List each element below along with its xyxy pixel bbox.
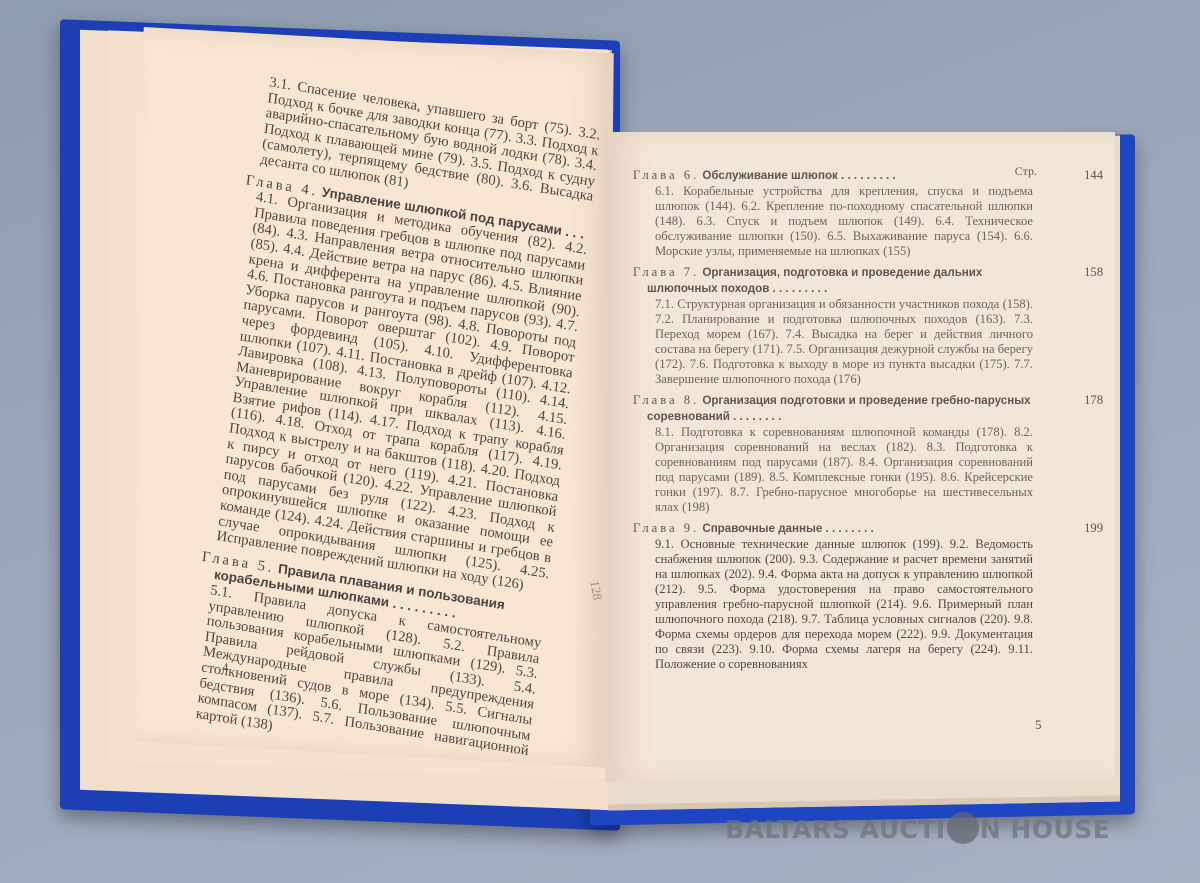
chapter-page: 158 [1098,265,1103,280]
chapter-page: 144 [1098,168,1103,183]
chapter-title: Организация подготовки и проведение греб… [647,395,1031,423]
left-page-toc: 3.1. Спасение человека, упавшего за борт… [183,73,601,767]
toc-chapter-8: 178 Глава 8. Организация подготовки и пр… [633,393,1033,425]
toc-chapter-9: 199 Глава 9. Справочные данные . . . . .… [633,521,1033,537]
toc-sub-entries: 4.1. Организация и методика обучения (82… [204,188,588,598]
toc-sub-entries: 9.1. Основные технические данные шлюпок … [633,537,1033,672]
watermark-text-part1: BALTARS AUCTI [725,815,946,844]
chapter-label: Глава 8. [633,393,699,407]
chapter-title: Справочные данные . . . . . . . . [702,523,873,535]
toc-sub-entries: 7.1. Структурная организация и обязаннос… [633,297,1033,387]
watermark-text-part2: N HOUSE [980,815,1111,844]
chapter-label: Глава 7. [633,265,699,279]
chapter-title: Обслуживание шлюпок . . . . . . . . . [702,170,895,182]
toc-sub-entries: 6.1. Корабельные устройства для креплени… [633,184,1033,259]
chapter-label: Глава 6. [633,168,699,182]
chapter-label: Глава 9. [633,521,699,535]
left-page: 3.1. Спасение человека, упавшего за борт… [136,27,613,768]
margin-page-ref: 128 [586,580,605,601]
right-page: Стр. 144 Глава 6. Обслуживание шлюпок . … [605,132,1115,782]
chapter-page: 199 [1098,521,1103,536]
chapter-page: 178 [1098,393,1103,408]
right-page-toc: 144 Глава 6. Обслуживание шлюпок . . . .… [633,162,1033,672]
toc-chapter-6: 144 Глава 6. Обслуживание шлюпок . . . .… [633,168,1033,184]
watermark-logo-icon [947,812,979,844]
page-number-left: 4 [222,659,229,675]
auction-house-watermark: BALTARS AUCTIN HOUSE [725,812,1110,844]
page-number-right: 5 [1035,717,1042,733]
toc-sub-entries: 8.1. Подготовка к соревнованиям шлюпочно… [633,425,1033,515]
toc-chapter-7: 158 Глава 7. Организация, подготовка и п… [633,265,1033,297]
